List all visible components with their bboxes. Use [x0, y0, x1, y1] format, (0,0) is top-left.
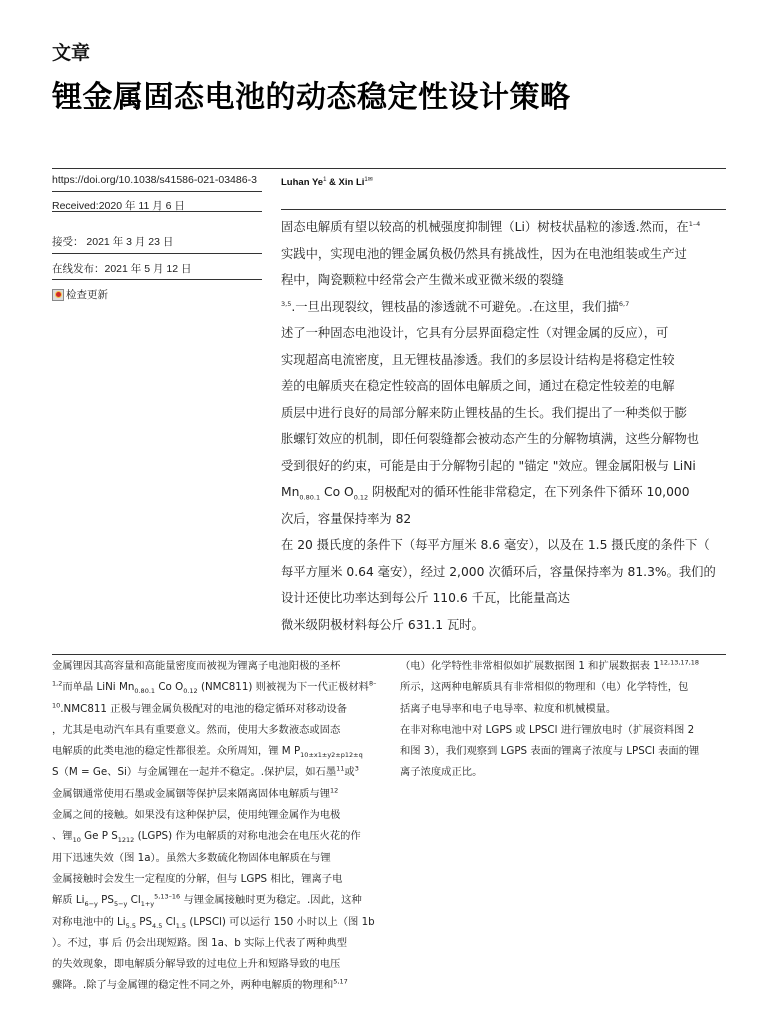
text-line: 在非对称电池中对 LGPS 或 LPSCl 进行锂放电时（扩展资料图 2: [400, 720, 740, 741]
author-separator: &: [326, 177, 338, 188]
text-line: 金属之间的接触。如果没有这种保护层，使用纯锂金属作为电极: [52, 805, 392, 826]
formula-subscript: 1.5: [176, 922, 186, 930]
formula-subscript: 0.80.1: [299, 493, 320, 501]
text-run: Co O: [155, 681, 183, 693]
text-line: 质层中进行良好的局部分解来防止锂枝晶的生长。我们提出了一种类似于膨: [281, 400, 731, 427]
formula-subscript: 0.12: [354, 493, 368, 501]
text-line: 的失效现象，即电解质分解导致的过电位上升和短路导致的电压: [52, 954, 392, 975]
abstract-divider: [281, 209, 726, 210]
text-run: .一旦出现裂纹，锂枝晶的渗透就不可避免。: [291, 300, 529, 314]
text-line: 金属锂因其高容量和高能量密度而被视为锂离子电池阳极的圣杯: [52, 656, 392, 677]
text-line: 次后，容量保持率为 82: [281, 506, 731, 533]
text-run: 金属接触时会发生一定程度的分解，但与 LGPS 相比，锂离子电: [52, 873, 342, 885]
text-run: 如扩展数据图 1 和扩展数据表 1: [513, 660, 659, 672]
text-run: 差的电解质夹在稳定性较高的固体电解质之间，通过在稳定性较差的电解: [281, 379, 675, 393]
citation-superscript[interactable]: 1,2: [52, 680, 62, 688]
formula-subscript: 1212: [118, 836, 135, 844]
text-line: S（M = Ge、Si）与金属锂在一起并不稳定。.保护层，如石墨11或3: [52, 762, 392, 783]
author-name[interactable]: Luhan Ye: [281, 177, 323, 188]
text-run: 所示，这两种电解质具有非常相似的物理和（电）化学特性，包: [400, 681, 688, 693]
citation-superscript[interactable]: 6,7: [619, 299, 629, 307]
citation-superscript[interactable]: 3,5: [281, 299, 291, 307]
text-line: ）。不过，事 后 仍会出现短路。图 1a、b 实际上代表了两种典型: [52, 933, 392, 954]
text-run: 实现超高电流密度，且无锂枝晶渗透。我们的多层设计结构是将稳定性较: [281, 353, 675, 367]
text-line: Mn0.80.1 Co O0.12 阴极配对的循环性能非常稳定，在下列条件下循环…: [281, 479, 731, 506]
text-run: 胀螺钉效应的机制，即任何裂缝都会被动态产生的分解物填满，这些分解物也: [281, 432, 699, 446]
text-line: 固态电解质有望以较高的机械强度抑制锂（Li）树枝状晶粒的渗透.然而，在1–4: [281, 214, 731, 241]
text-line: 、锂10 Ge P S1212 (LGPS) 作为电解质的对称电池会在电压火花的…: [52, 826, 392, 847]
text-run: 而单晶 LiNi Mn: [62, 681, 134, 693]
text-run: 或: [344, 766, 354, 778]
text-run: 骤降。: [52, 979, 83, 991]
formula-subscript: 10±x1±y2±p12±q: [300, 751, 363, 759]
text-run: 设计还使比功率达到每公斤 110.6 千瓦，比能量高达: [281, 591, 570, 605]
text-run: PS: [136, 916, 152, 928]
text-run: 金属之间的接触。如果没有这种保护层，使用纯锂金属作为电极: [52, 809, 340, 821]
citation-superscript[interactable]: 12: [330, 786, 338, 794]
text-line: ，尤其是电动汽车具有重要意义。然而，使用大多数液态或固态: [52, 720, 392, 741]
text-line: 设计还使比功率达到每公斤 110.6 千瓦，比能量高达: [281, 585, 731, 612]
text-run: ，尤其是电动汽车具有重要意义。然而，使用大多数液态或固态: [52, 724, 340, 736]
text-run: 、锂: [52, 830, 73, 842]
text-run: .因此，这种: [307, 894, 362, 906]
text-run: Cl: [162, 916, 175, 928]
meta-divider: [52, 191, 262, 192]
text-line: 每平方厘米 0.64 毫安），经过 2,000 次循环后，容量保持率为 81.3…: [281, 559, 731, 586]
text-run: (NMC811) 则被视为下一代正极材料: [198, 681, 369, 693]
text-run: 电解质的此类电池的稳定性都很差。众所周知，锂 M P: [52, 745, 300, 757]
doi-link[interactable]: https://doi.org/10.1038/s41586-021-03486…: [52, 174, 257, 186]
citation-superscript[interactable]: 12,13,17,18: [660, 659, 699, 667]
text-line: （电）化学特性非常相似如扩展数据图 1 和扩展数据表 112,13,17,18: [400, 656, 740, 677]
citation-superscript[interactable]: 5,13–16: [154, 893, 180, 901]
abstract: 固态电解质有望以较高的机械强度抑制锂（Li）树枝状晶粒的渗透.然而，在1–4实践…: [281, 214, 731, 638]
text-line: 用下迅速失效（图 1a）。虽然大多数硫化物固体电解质在与锂: [52, 848, 392, 869]
body-column-left: 金属锂因其高容量和高能量密度而被视为锂离子电池阳极的圣杯1,2而单晶 LiNi …: [52, 656, 392, 997]
text-run: .在这里，我们描: [529, 300, 619, 314]
text-run: .除了与金属锂的稳定性不同之外，两种电解质的物理和: [83, 979, 333, 991]
text-line: 1,2而单晶 LiNi Mn0.80.1 Co O0.12 (NMC811) 则…: [52, 677, 392, 698]
text-run: (LGPS) 作为电解质的对称电池会在电压火花的作: [134, 830, 360, 842]
meta-divider: [52, 279, 262, 280]
text-run: 次后，容量保持率为 82: [281, 512, 411, 526]
text-run: （电）化学特性非常相似: [400, 660, 513, 672]
text-run: 和图 3），我们观察到 LGPS 表面的锂离子浓度与 LPSCl 表面的锂: [400, 745, 699, 757]
text-run: 实践中，实现电池的锂金属负极仍然具有挑战性，因为在电池组装或生产过: [281, 247, 687, 261]
text-line: 胀螺钉效应的机制，即任何裂缝都会被动态产生的分解物填满，这些分解物也: [281, 426, 731, 453]
text-run: 金属锂因其高容量和高能量密度而被视为锂离子电池阳极的圣杯: [52, 660, 340, 672]
text-run: ）。不过，事 后 仍会出现短路。图 1a、b 实际上代表了两种典型: [52, 937, 347, 949]
text-run: 通常使用石墨或金属铟等保护层来隔离固体电解质与锂: [83, 788, 330, 800]
body-column-right: （电）化学特性非常相似如扩展数据图 1 和扩展数据表 112,13,17,18所…: [400, 656, 740, 784]
text-run: 程中，陶瓷颗粒中经常会产生微米或亚微米级的裂缝: [281, 273, 564, 287]
citation-superscript[interactable]: 8–: [369, 680, 376, 688]
text-run: Mn: [281, 485, 299, 499]
text-run: 微米级阴极材料每公斤 631.1 瓦时。: [281, 618, 484, 632]
text-run: .NMC811 正极与锂金属负极配对的电池的稳定循环对移动设备: [60, 703, 347, 715]
citation-superscript[interactable]: 1–4: [689, 220, 701, 228]
text-run: 用下迅速失效（图 1a）。虽然大多数硫化物固体电解质在与锂: [52, 852, 331, 864]
text-run: 受到很好的约束，可能是由于分解物引起的 "锚定 "效应。锂金属阳极与 LiNi: [281, 459, 696, 473]
text-run: Ge P S: [81, 830, 118, 842]
crossmark-icon: [52, 289, 64, 301]
text-run: 每平方厘米 0.64 毫安），经过 2,000 次循环后，容量保持率为 81.3…: [281, 565, 716, 579]
top-divider: [52, 168, 726, 169]
formula-subscript: 0.12: [183, 687, 197, 695]
text-line: 对称电池中的 Li5.5 PS4.5 Cl1.5 (LPSCl) 可以运行 15…: [52, 912, 392, 933]
text-line: 和图 3），我们观察到 LGPS 表面的锂离子浓度与 LPSCl 表面的锂: [400, 741, 740, 762]
text-line: 电解质的此类电池的稳定性都很差。众所周知，锂 M P10±x1±y2±p12±q: [52, 741, 392, 762]
text-run: 括离子电导率和电子电导率、粒度和机械模量。: [400, 703, 616, 715]
text-run: Co O: [320, 485, 354, 499]
text-run: 述了一种固态电池设计，它具有分层界面稳定性（对锂金属的反应），可: [281, 326, 668, 340]
formula-subscript: 5.5: [126, 922, 136, 930]
text-line: 实践中，实现电池的锂金属负极仍然具有挑战性，因为在电池组装或生产过: [281, 241, 731, 268]
text-run: 在非对称电池中对 LGPS 或 LPSCl 进行锂放电时（扩展资料图 2: [400, 724, 694, 736]
text-run: 固态电解质有望以较高的机械强度抑制锂（Li）树枝状晶粒的渗透: [281, 220, 636, 234]
text-run: .然而，在: [636, 220, 689, 234]
text-line: 离子浓度成正比。: [400, 762, 740, 783]
email-icon[interactable]: ✉: [368, 177, 373, 183]
formula-subscript: 1+y: [141, 900, 154, 908]
meta-divider: [52, 253, 262, 254]
text-line: 3,5.一旦出现裂纹，锂枝晶的渗透就不可避免。.在这里，我们描6,7: [281, 294, 731, 321]
formula-subscript: 0.80.1: [134, 687, 155, 695]
text-run: 与锂金属接触时更为稳定。: [180, 894, 307, 906]
formula-subscript: 5−y: [114, 900, 127, 908]
check-updates-button[interactable]: 检查更新: [52, 287, 108, 302]
text-run: 对称电池中的 Li: [52, 916, 126, 928]
text-line: 解质 Li6−y PS5−y Cl1+y5,13–16 与锂金属接触时更为稳定。…: [52, 890, 392, 911]
text-run: 解质 Li: [52, 894, 84, 906]
text-line: 金属铟通常使用石墨或金属铟等保护层来隔离固体电解质与锂12: [52, 784, 392, 805]
text-run: 在 20 摄氏度的条件下（每平方厘米 8.6 毫安），以及在 1.5 摄氏度的条…: [281, 538, 710, 552]
formula-subscript: 6−y: [84, 900, 97, 908]
text-run: PS: [98, 894, 114, 906]
text-line: 程中，陶瓷颗粒中经常会产生微米或亚微米级的裂缝: [281, 267, 731, 294]
author-name[interactable]: Xin Li: [339, 177, 365, 188]
text-line: 实现超高电流密度，且无锂枝晶渗透。我们的多层设计结构是将稳定性较: [281, 347, 731, 374]
check-updates-label: 检查更新: [66, 287, 108, 302]
text-line: 微米级阴极材料每公斤 631.1 瓦时。: [281, 612, 731, 639]
published-date: 在线发布：2021 年 5 月 12 日: [52, 261, 191, 276]
citation-superscript[interactable]: 3: [355, 765, 359, 773]
text-run: 阴极配对的循环性能非常稳定，在下列条件下循环 10,000: [368, 485, 689, 499]
text-line: 述了一种固态电池设计，它具有分层界面稳定性（对锂金属的反应），可: [281, 320, 731, 347]
author-list: Luhan Ye1 & Xin Li1✉: [281, 176, 373, 188]
article-title: 锂金属固态电池的动态稳定性设计策略: [52, 72, 571, 116]
text-line: 差的电解质夹在稳定性较高的固体电解质之间，通过在稳定性较差的电解: [281, 373, 731, 400]
text-line: 在 20 摄氏度的条件下（每平方厘米 8.6 毫安），以及在 1.5 摄氏度的条…: [281, 532, 731, 559]
text-run: 的失效现象，即电解质分解导致的过电位上升和短路导致的电压: [52, 958, 340, 970]
accepted-date: 接受： 2021 年 3 月 23 日: [52, 234, 173, 249]
text-run: Cl: [127, 894, 140, 906]
meta-divider: [52, 211, 262, 212]
text-line: 金属接触时会发生一定程度的分解，但与 LGPS 相比，锂离子电: [52, 869, 392, 890]
text-run: S（M = Ge、Si）与金属锂在一起并不稳定。: [52, 766, 261, 778]
citation-superscript[interactable]: 5,17: [333, 978, 347, 986]
text-run: 金属铟: [52, 788, 83, 800]
formula-subscript: 4.5: [152, 922, 162, 930]
text-run: .保护层，如石墨: [261, 766, 336, 778]
text-run: 质层中进行良好的局部分解来防止锂枝晶的生长。我们提出了一种类似于膨: [281, 406, 687, 420]
text-line: 所示，这两种电解质具有非常相似的物理和（电）化学特性，包: [400, 677, 740, 698]
text-line: 骤降。.除了与金属锂的稳定性不同之外，两种电解质的物理和5,17: [52, 975, 392, 996]
section-label: 文章: [52, 38, 90, 65]
text-line: 受到很好的约束，可能是由于分解物引起的 "锚定 "效应。锂金属阳极与 LiNi: [281, 453, 731, 480]
body-divider: [52, 654, 726, 655]
text-line: 括离子电导率和电子电导率、粒度和机械模量。: [400, 699, 740, 720]
text-run: (LPSCl) 可以运行 150 小时以上（图 1b: [186, 916, 375, 928]
text-line: 10.NMC811 正极与锂金属负极配对的电池的稳定循环对移动设备: [52, 699, 392, 720]
text-run: 离子浓度成正比。: [400, 766, 482, 778]
formula-subscript: 10: [73, 836, 81, 844]
